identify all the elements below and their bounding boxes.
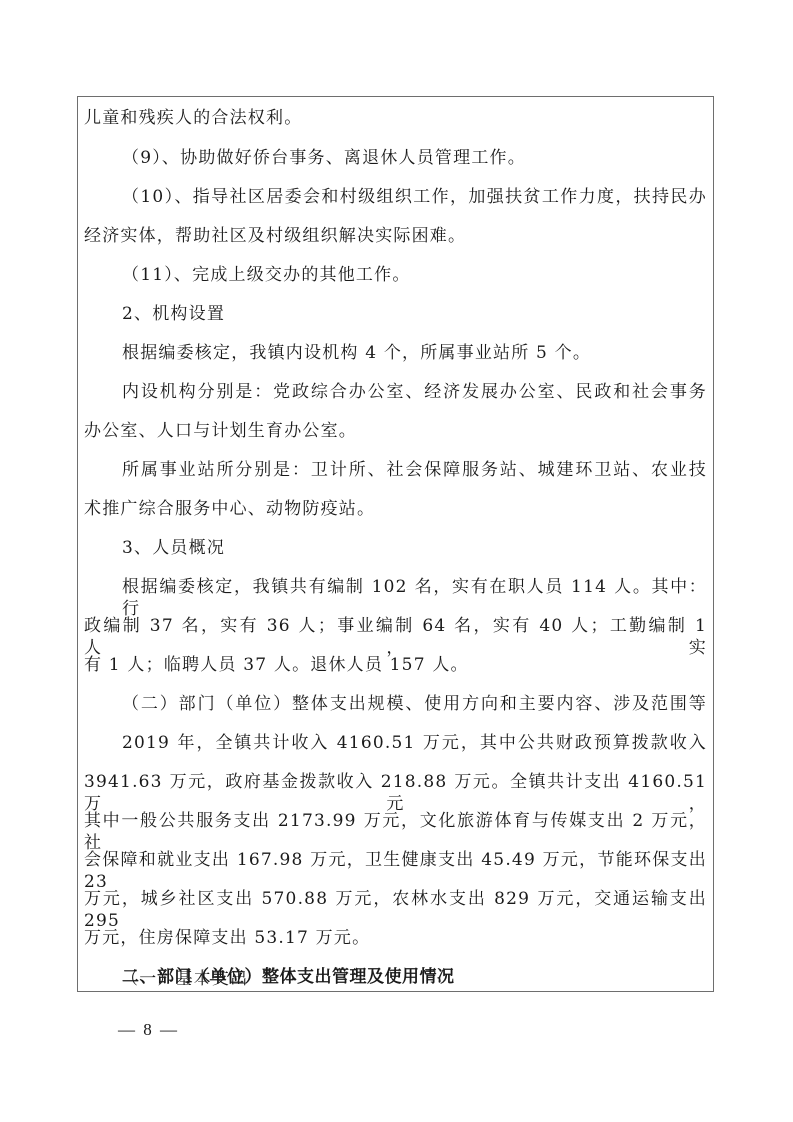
text-line: 办公室、人口与计划生育办公室。 bbox=[84, 420, 707, 442]
text-line: 有 1 人；临聘人员 37 人。退休人员 157 人。 bbox=[84, 654, 707, 676]
text-line: 根据编委核定，我镇内设机构 4 个，所属事业站所 5 个。 bbox=[84, 342, 707, 364]
text-line: 万元，住房保障支出 53.17 万元。 bbox=[84, 927, 707, 949]
text-line: 术推广综合服务中心、动物防疫站。 bbox=[84, 498, 707, 520]
section-heading: 3、人员概况 bbox=[84, 537, 707, 559]
content-frame: 儿童和残疾人的合法权利。 （9）、协助做好侨台事务、离退休人员管理工作。 （10… bbox=[77, 96, 714, 992]
text-line: 儿童和残疾人的合法权利。 bbox=[84, 107, 707, 129]
text-line: 万元，城乡社区支出 570.88 万元，农林水支出 829 万元，交通运输支出 … bbox=[84, 888, 707, 932]
text-line: 经济实体，帮助社区及村级组织解决实际困难。 bbox=[84, 225, 707, 247]
text-line: 根据编委核定，我镇共有编制 102 名，实有在职人员 114 人。其中：行 bbox=[84, 576, 707, 620]
text-line: 3941.63 万元，政府基金拨款收入 218.88 万元。全镇共计支出 416… bbox=[84, 771, 707, 815]
page-number: — 8 — bbox=[118, 1020, 179, 1040]
text-line: 其中一般公共服务支出 2173.99 万元，文化旅游体育与传媒支出 2 万元，社 bbox=[84, 810, 707, 854]
text-line: 政编制 37 名，实有 36 人；事业编制 64 名，实有 40 人；工勤编制 … bbox=[84, 615, 707, 659]
text-line: （11）、完成上级交办的其他工作。 bbox=[84, 264, 707, 286]
text-line: 会保障和就业支出 167.98 万元，卫生健康支出 45.49 万元，节能环保支… bbox=[84, 849, 707, 893]
text-line: 所属事业站所分别是：卫计所、社会保障服务站、城建环卫站、农业技 bbox=[84, 459, 707, 481]
text-line: （10）、指导社区居委会和村级组织工作，加强扶贫工作力度，扶持民办 bbox=[84, 186, 707, 208]
text-line: （9）、协助做好侨台事务、离退休人员管理工作。 bbox=[84, 147, 707, 169]
section-heading: （二）部门（单位）整体支出规模、使用方向和主要内容、涉及范围等 bbox=[84, 693, 707, 715]
subsection-heading: （一）基本支出 bbox=[121, 968, 787, 990]
section-heading: 2、机构设置 bbox=[84, 303, 707, 325]
text-line: 内设机构分别是：党政综合办公室、经济发展办公室、民政和社会事务 bbox=[84, 381, 707, 403]
text-line: 2019 年，全镇共计收入 4160.51 万元，其中公共财政预算拨款收入 bbox=[84, 732, 707, 754]
